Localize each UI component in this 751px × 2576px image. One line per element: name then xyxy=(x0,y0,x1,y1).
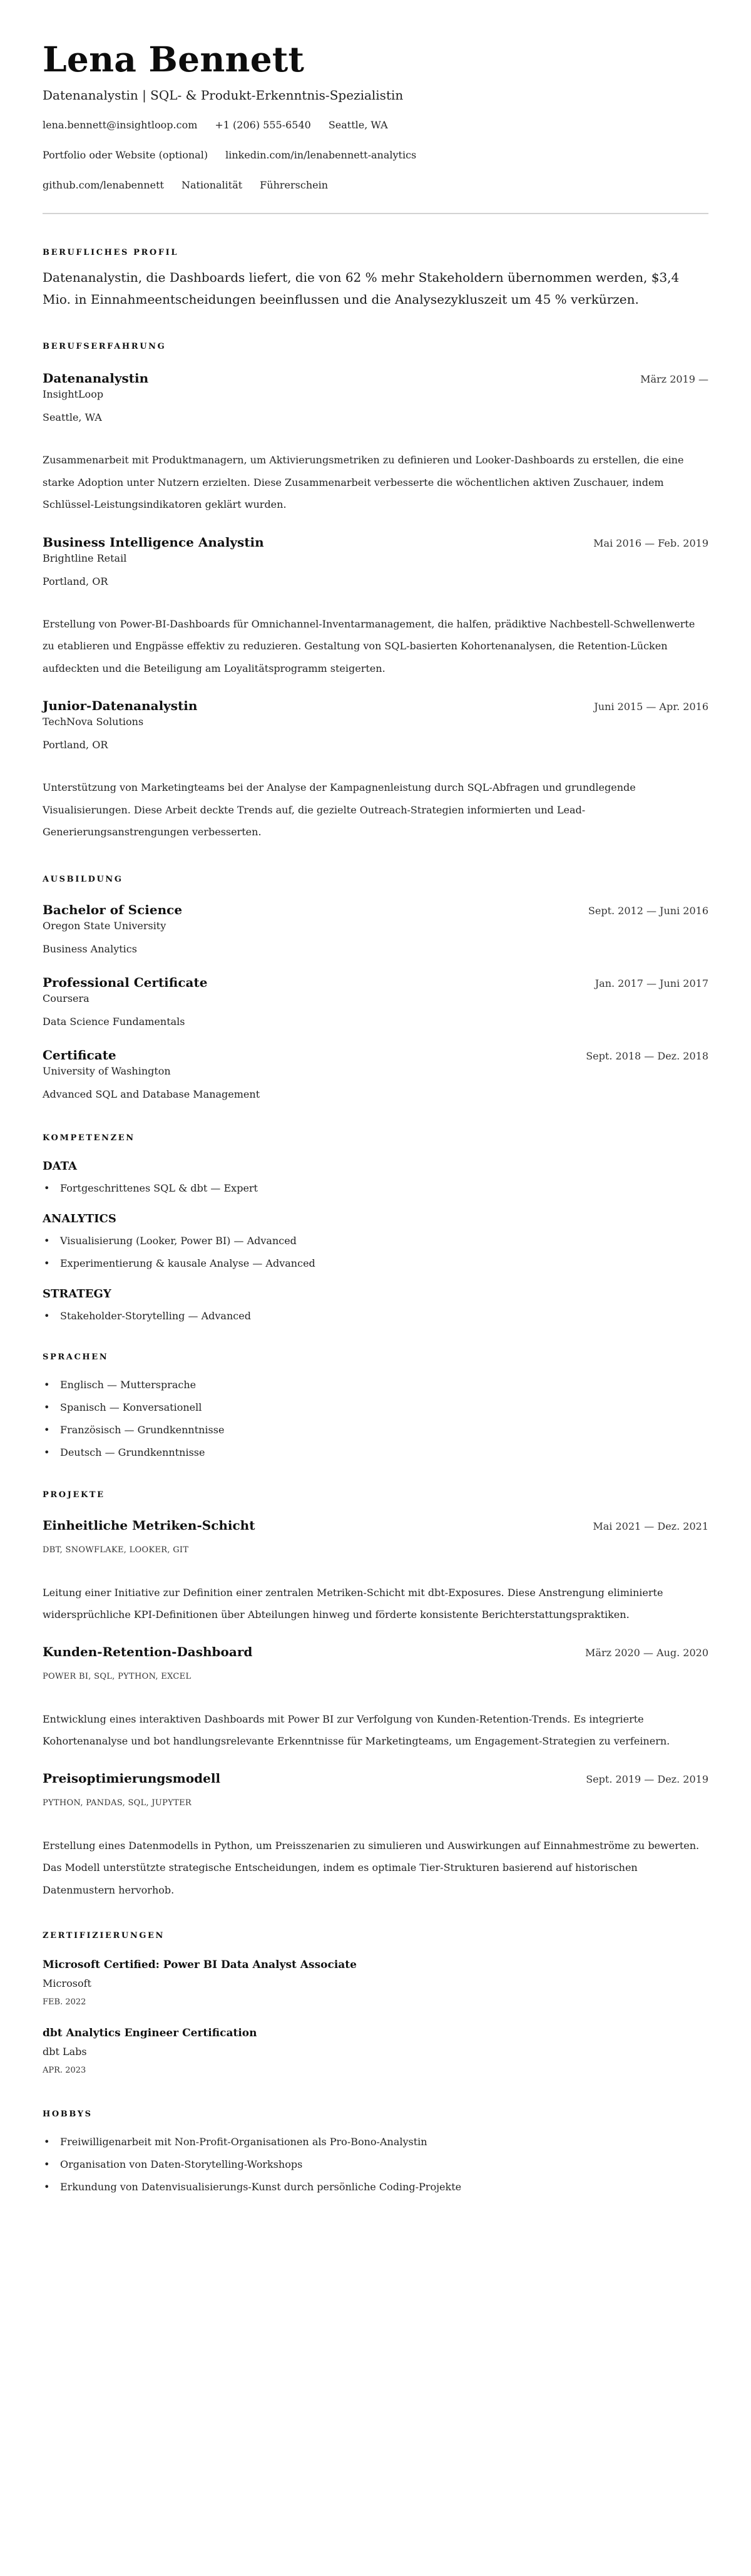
section-title: Zertifizierungen xyxy=(43,1930,708,1942)
nationality: Nationalität xyxy=(181,178,242,193)
list-item: •Fortgeschrittenes SQL & dbt — Expert xyxy=(43,1181,708,1196)
job-dates: Juni 2015 — Apr. 2016 xyxy=(594,699,708,714)
project-title: Einheitliche Metriken-Schicht xyxy=(43,1517,255,1534)
bullet-icon: • xyxy=(44,1234,49,1249)
list-item: •Erkundung von Datenvisualisierungs-Kuns… xyxy=(43,2180,708,2195)
github-link[interactable]: github.com/lenabennett xyxy=(43,178,164,193)
certification-title: Microsoft Certified: Power BI Data Analy… xyxy=(43,1957,708,1972)
project-entry: Kunden-Retention-Dashboard März 2020 — A… xyxy=(43,1643,708,1753)
list-item: •Experimentierung & kausale Analyse — Ad… xyxy=(43,1256,708,1271)
certification-date: Feb. 2022 xyxy=(43,1996,708,2009)
project-tech-stack: Python, Pandas, SQL, Jupyter xyxy=(43,1797,708,1810)
projects-section: Projekte Einheitliche Metriken-Schicht M… xyxy=(43,1489,708,1902)
bullet-icon: • xyxy=(44,1378,49,1393)
list-item: •Freiwilligenarbeit mit Non-Profit-Organ… xyxy=(43,2135,708,2150)
education-entry: Professional Certificate Jan. 2017 — Jun… xyxy=(43,974,708,1029)
field-of-study: Advanced SQL and Database Management xyxy=(43,1087,708,1102)
bullet-icon: • xyxy=(44,1256,49,1271)
hobbies-section: Hobbys •Freiwilligenarbeit mit Non-Profi… xyxy=(43,2108,708,2195)
language-list: •Englisch — Muttersprache •Spanisch — Ko… xyxy=(43,1378,708,1460)
portfolio-link[interactable]: Portfolio oder Website (optional) xyxy=(43,148,208,163)
contact-row: github.com/lenabennett Nationalität Führ… xyxy=(43,178,708,193)
degree: Certificate xyxy=(43,1046,116,1064)
company-name: InsightLoop xyxy=(43,387,708,402)
education-dates: Sept. 2018 — Dez. 2018 xyxy=(586,1049,708,1064)
project-tech-stack: dbt, Snowflake, Looker, Git xyxy=(43,1544,708,1557)
education-entry: Bachelor of Science Sept. 2012 — Juni 20… xyxy=(43,901,708,957)
skill-list: •Visualisierung (Looker, Power BI) — Adv… xyxy=(43,1234,708,1271)
section-title: Ausbildung xyxy=(43,873,708,886)
bullet-icon: • xyxy=(44,2180,49,2195)
contact-row: Portfolio oder Website (optional) linked… xyxy=(43,148,708,163)
job-title: Business Intelligence Analystin xyxy=(43,533,264,551)
certifications-section: Zertifizierungen Microsoft Certified: Po… xyxy=(43,1930,708,2077)
bullet-icon: • xyxy=(44,1181,49,1196)
job-dates: Mai 2016 — Feb. 2019 xyxy=(593,536,708,551)
languages-section: Sprachen •Englisch — Muttersprache •Span… xyxy=(43,1351,708,1460)
project-description: Entwicklung eines interaktiven Dashboard… xyxy=(43,1708,708,1753)
project-description: Leitung einer Initiative zur Definition … xyxy=(43,1582,708,1626)
school-name: Oregon State University xyxy=(43,919,708,934)
location: Seattle, WA xyxy=(329,118,388,133)
candidate-role: Datenanalystin | SQL- & Produkt-Erkenntn… xyxy=(43,86,708,104)
project-description: Erstellung eines Datenmodells in Python,… xyxy=(43,1835,708,1902)
hobby-list: •Freiwilligenarbeit mit Non-Profit-Organ… xyxy=(43,2135,708,2195)
field-of-study: Business Analytics xyxy=(43,942,708,957)
list-item: •Stakeholder-Storytelling — Advanced xyxy=(43,1309,708,1324)
skill-category: ANALYTICS xyxy=(43,1211,708,1227)
skill-list: •Stakeholder-Storytelling — Advanced xyxy=(43,1309,708,1324)
candidate-name: Lena Bennett xyxy=(43,39,708,80)
school-name: University of Washington xyxy=(43,1064,708,1079)
resume-page: Lena Bennett Datenanalystin | SQL- & Pro… xyxy=(0,0,751,2232)
project-title: Kunden-Retention-Dashboard xyxy=(43,1643,252,1661)
skills-section: Kompetenzen DATA •Fortgeschrittenes SQL … xyxy=(43,1132,708,1324)
section-title: Projekte xyxy=(43,1489,708,1502)
job-description: Unterstützung von Marketingteams bei der… xyxy=(43,776,708,843)
degree: Bachelor of Science xyxy=(43,901,182,919)
profile-section: Berufliches Profil Datenanalystin, die D… xyxy=(43,247,708,311)
profile-summary: Datenanalystin, die Dashboards liefert, … xyxy=(43,267,708,311)
email-link[interactable]: lena.bennett@insightloop.com xyxy=(43,118,197,133)
skill-category: DATA xyxy=(43,1158,708,1175)
skill-list: •Fortgeschrittenes SQL & dbt — Expert xyxy=(43,1181,708,1196)
job-dates: März 2019 — xyxy=(640,372,708,387)
certification-title: dbt Analytics Engineer Certification xyxy=(43,2026,708,2041)
certification-entry: Microsoft Certified: Power BI Data Analy… xyxy=(43,1957,708,2009)
job-description: Zusammenarbeit mit Produktmanagern, um A… xyxy=(43,449,708,516)
job-location: Seattle, WA xyxy=(43,410,708,425)
section-title: Sprachen xyxy=(43,1351,708,1364)
contact-row: lena.bennett@insightloop.com +1 (206) 55… xyxy=(43,118,708,133)
school-name: Coursera xyxy=(43,991,708,1006)
list-item: •Organisation von Daten-Storytelling-Wor… xyxy=(43,2157,708,2172)
section-title: Berufserfahrung xyxy=(43,341,708,353)
job-title: Junior-Datenanalystin xyxy=(43,697,197,714)
company-name: TechNova Solutions xyxy=(43,714,708,729)
section-title: Berufliches Profil xyxy=(43,247,708,259)
job-location: Portland, OR xyxy=(43,738,708,753)
phone-number[interactable]: +1 (206) 555-6540 xyxy=(215,118,310,133)
job-title: Datenanalystin xyxy=(43,369,148,387)
project-dates: März 2020 — Aug. 2020 xyxy=(585,1646,708,1661)
bullet-icon: • xyxy=(44,2157,49,2172)
company-name: Brightline Retail xyxy=(43,551,708,566)
list-item: •Englisch — Muttersprache xyxy=(43,1378,708,1393)
education-section: Ausbildung Bachelor of Science Sept. 201… xyxy=(43,873,708,1102)
list-item: •Deutsch — Grundkenntnisse xyxy=(43,1445,708,1460)
education-dates: Sept. 2012 — Juni 2016 xyxy=(588,904,708,919)
list-item: •Visualisierung (Looker, Power BI) — Adv… xyxy=(43,1234,708,1249)
education-dates: Jan. 2017 — Juni 2017 xyxy=(595,976,708,991)
certification-date: Apr. 2023 xyxy=(43,2064,708,2077)
linkedin-link[interactable]: linkedin.com/in/lenabennett-analytics xyxy=(225,148,416,163)
drivers-license: Führerschein xyxy=(260,178,328,193)
header-divider xyxy=(43,213,708,214)
section-title: Hobbys xyxy=(43,2108,708,2121)
certification-issuer: Microsoft xyxy=(43,1976,708,1991)
bullet-icon: • xyxy=(44,2135,49,2150)
bullet-icon: • xyxy=(44,1445,49,1460)
list-item: •Spanisch — Konversationell xyxy=(43,1400,708,1415)
certification-issuer: dbt Labs xyxy=(43,2044,708,2059)
resume-header: Lena Bennett Datenanalystin | SQL- & Pro… xyxy=(43,39,708,214)
project-tech-stack: Power BI, SQL, Python, Excel xyxy=(43,1671,708,1683)
bullet-icon: • xyxy=(44,1423,49,1438)
field-of-study: Data Science Fundamentals xyxy=(43,1014,708,1029)
experience-entry: Datenanalystin März 2019 — InsightLoop S… xyxy=(43,369,708,516)
experience-section: Berufserfahrung Datenanalystin März 2019… xyxy=(43,341,708,843)
project-dates: Mai 2021 — Dez. 2021 xyxy=(593,1519,708,1534)
section-title: Kompetenzen xyxy=(43,1132,708,1145)
certification-entry: dbt Analytics Engineer Certification dbt… xyxy=(43,2026,708,2077)
skill-category: STRATEGY xyxy=(43,1286,708,1302)
project-title: Preisoptimierungsmodell xyxy=(43,1770,220,1787)
experience-entry: Business Intelligence Analystin Mai 2016… xyxy=(43,533,708,680)
education-entry: Certificate Sept. 2018 — Dez. 2018 Unive… xyxy=(43,1046,708,1102)
project-entry: Einheitliche Metriken-Schicht Mai 2021 —… xyxy=(43,1517,708,1626)
experience-entry: Junior-Datenanalystin Juni 2015 — Apr. 2… xyxy=(43,697,708,843)
job-description: Erstellung von Power-BI-Dashboards für O… xyxy=(43,613,708,680)
project-dates: Sept. 2019 — Dez. 2019 xyxy=(586,1772,708,1787)
job-location: Portland, OR xyxy=(43,574,708,589)
bullet-icon: • xyxy=(44,1400,49,1415)
project-entry: Preisoptimierungsmodell Sept. 2019 — Dez… xyxy=(43,1770,708,1902)
degree: Professional Certificate xyxy=(43,974,207,991)
bullet-icon: • xyxy=(44,1309,49,1324)
list-item: •Französisch — Grundkenntnisse xyxy=(43,1423,708,1438)
